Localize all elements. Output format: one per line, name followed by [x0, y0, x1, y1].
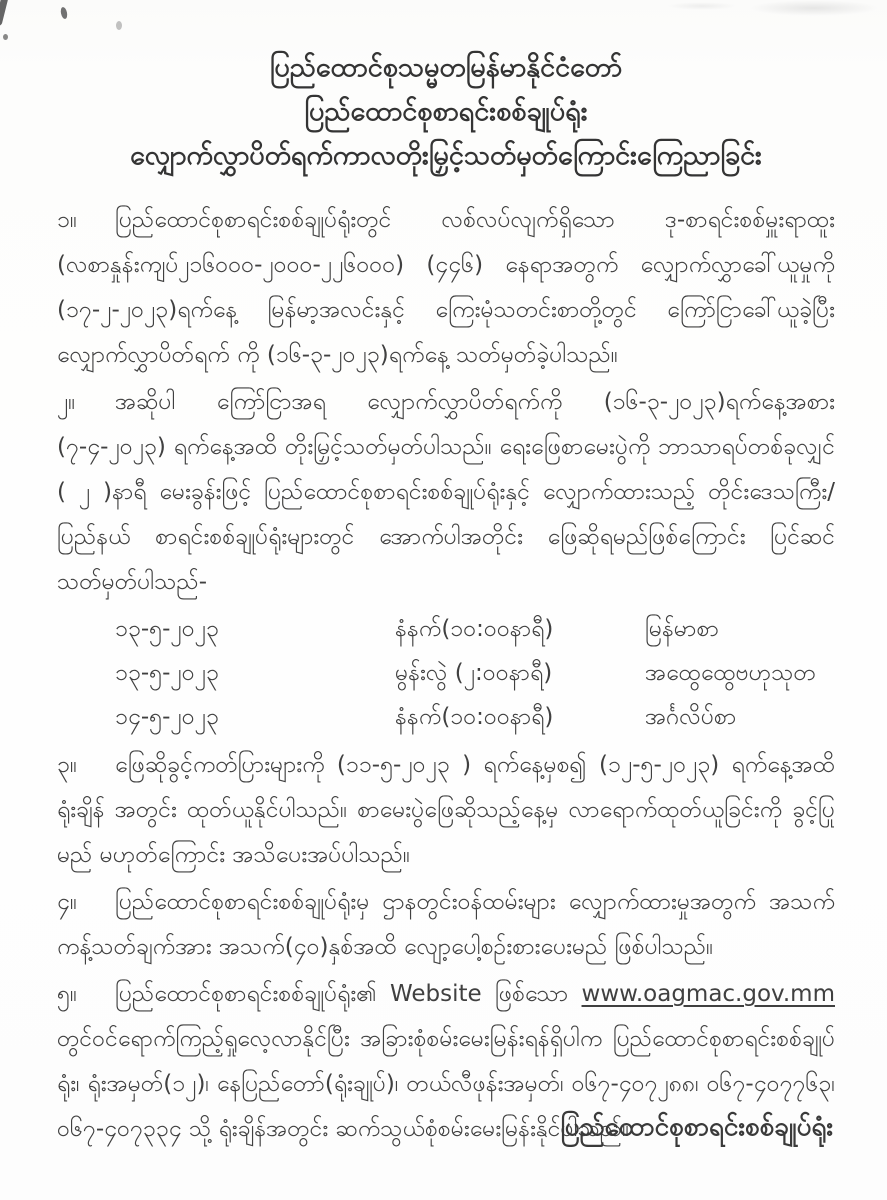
scan-artifact-smudge: [749, 0, 879, 16]
paragraph-2-number: ၂။: [57, 380, 115, 425]
scan-artifact-smudge: [667, 2, 737, 10]
paragraph-5-number: ၅။: [57, 972, 115, 1017]
exam-subject: အင်္ဂလိပ်စာ: [645, 695, 835, 739]
title-country: ပြည်ထောင်စုသမ္မတမြန်မာနိုင်ငံတော်: [57, 46, 835, 90]
scanned-document-page: ပြည်ထောင်စုသမ္မတမြန်မာနိုင်ငံတော် ပြည်ထေ…: [0, 0, 887, 1200]
exam-schedule-table: ၁၃-၅-၂၀၂၃ နံနက်(၁၀:၀၀နာရီ) မြန်မာစာ ၁၃-၅…: [115, 607, 835, 739]
title-subject: လျှောက်လွှာပိတ်ရက်ကာလတိုးမြှင့်သတ်မှတ်ကြ…: [57, 134, 835, 178]
paragraph-2-text: အဆိုပါ ကြော်ငြာအရ လျှောက်လွှာပိတ်ရက်ကို …: [57, 389, 835, 595]
paragraph-2: ၂။အဆိုပါ ကြော်ငြာအရ လျှောက်လွှာပိတ်ရက်ကိ…: [57, 380, 835, 605]
exam-time: မွန်းလွဲ (၂:၀၀နာရီ): [395, 651, 645, 695]
table-row: ၁၄-၅-၂၀၂၃ နံနက်(၁၀:၀၀နာရီ) အင်္ဂလိပ်စာ: [115, 695, 835, 739]
paragraph-3: ၃။ဖြေဆိုခွင့်ကတ်ပြားများကို (၁၁-၅-၂၀၂၃ )…: [57, 743, 835, 878]
document-title-block: ပြည်ထောင်စုသမ္မတမြန်မာနိုင်ငံတော် ပြည်ထေ…: [57, 46, 835, 178]
paragraph-4: ၄။ပြည်ထောင်စုစာရင်းစစ်ချုပ်ရုံးမှ ဌာနတွင…: [57, 880, 835, 970]
table-row: ၁၃-၅-၂၀၂၃ နံနက်(၁၀:၀၀နာရီ) မြန်မာစာ: [115, 607, 835, 651]
website-url: www.oagmac.gov.mm: [582, 981, 835, 1007]
title-office: ပြည်ထောင်စုစာရင်းစစ်ချုပ်ရုံး: [57, 90, 835, 134]
scan-artifact-speck: [116, 21, 122, 30]
paragraph-1-text: ပြည်ထောင်စုစာရင်းစစ်ချုပ်ရုံးတွင် လစ်လပ်…: [57, 207, 835, 368]
paragraph-1-number: ၁။: [57, 198, 115, 243]
exam-date: ၁၄-၅-၂၀၂၃: [115, 695, 395, 739]
signature-office-name: ပြည်ထောင်စုစာရင်းစစ်ချုပ်ရုံး: [560, 1109, 833, 1148]
scan-artifact-dot: [3, 34, 8, 40]
exam-date: ၁၃-၅-၂၀၂၃: [115, 651, 395, 695]
paragraph-4-number: ၄။: [57, 880, 115, 925]
paragraph-1: ၁။ပြည်ထောင်စုစာရင်းစစ်ချုပ်ရုံးတွင် လစ်လ…: [57, 198, 835, 378]
paragraph-3-number: ၃။: [57, 743, 115, 788]
exam-date: ၁၃-၅-၂၀၂၃: [115, 607, 395, 651]
exam-subject: အထွေထွေဗဟုသုတ: [645, 651, 835, 695]
exam-subject: မြန်မာစာ: [645, 607, 835, 651]
scan-artifact-corner-mark: [0, 0, 9, 26]
exam-time: နံနက်(၁၀:၀၀နာရီ): [395, 695, 645, 739]
paragraph-3-text: ဖြေဆိုခွင့်ကတ်ပြားများကို (၁၁-၅-၂၀၂၃ ) ရ…: [57, 752, 835, 868]
document-content: ပြည်ထောင်စုသမ္မတမြန်မာနိုင်ငံတော် ပြည်ထေ…: [57, 46, 835, 1154]
scan-artifact-speck: [60, 7, 68, 20]
paragraph-4-text: ပြည်ထောင်စုစာရင်းစစ်ချုပ်ရုံးမှ ဌာနတွင်း…: [57, 889, 835, 960]
paragraph-5-text-before-url: ပြည်ထောင်စုစာရင်းစစ်ချုပ်ရုံး၏ Website ဖ…: [115, 981, 582, 1007]
exam-time: နံနက်(၁၀:၀၀နာရီ): [395, 607, 645, 651]
table-row: ၁၃-၅-၂၀၂၃ မွန်းလွဲ (၂:၀၀နာရီ) အထွေထွေဗဟု…: [115, 651, 835, 695]
